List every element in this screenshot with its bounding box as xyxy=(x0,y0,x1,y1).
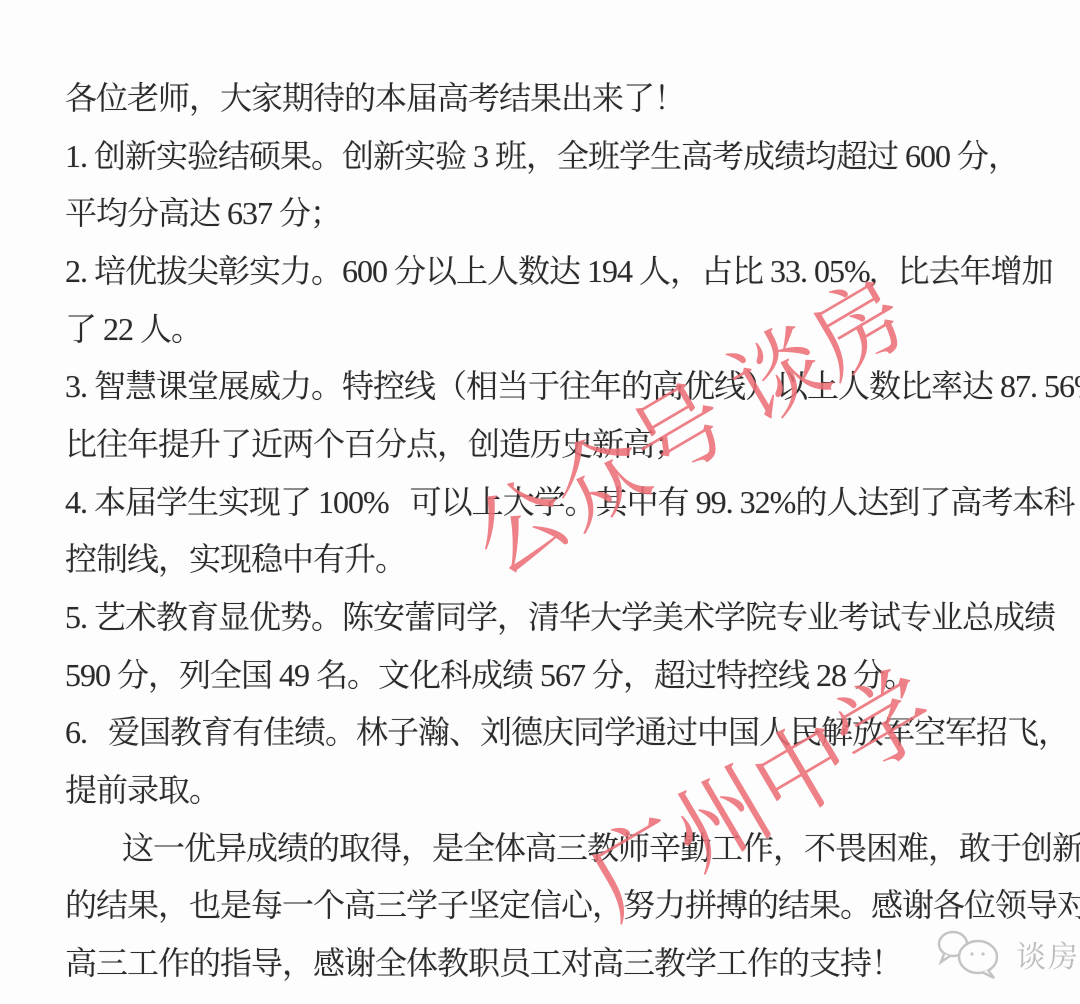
footer-logo: 谈房 xyxy=(936,926,1080,982)
text-line: 提前录取。 xyxy=(65,768,220,812)
text-line: 各位老师，大家期待的本届高考结果出来了！ xyxy=(65,76,685,120)
document-text: 各位老师，大家期待的本届高考结果出来了！ 1. 创新实验结硕果。创新实验 3 班… xyxy=(0,0,1080,1004)
text-line: 590 分，列全国 49 名。文化科成绩 567 分，超过特控线 28 分。 xyxy=(65,653,915,697)
text-line: 平均分高达 637 分； xyxy=(65,191,341,235)
text-line: 6. 爱国教育有佳绩。林子瀚、刘德庆同学通过中国人民解放军空军招飞， xyxy=(65,710,1069,754)
text-line: 控制线，实现稳中有升。 xyxy=(65,537,406,581)
text-line: 的结果，也是每一个高三学子坚定信心，努力拼搏的结果。感谢各位领导对 xyxy=(65,883,1080,927)
text-line: 5. 艺术教育显优势。陈安蕾同学，清华大学美术学院专业考试专业总成绩 xyxy=(65,595,1055,639)
text-line: 了 22 人。 xyxy=(65,307,202,351)
text-line: 4. 本届学生实现了 100% 可以上大学。其中有 99. 32%的人达到了高考… xyxy=(65,480,1074,524)
text-line: 3. 智慧课堂展威力。特控线（相当于往年的高优线）以上人数比率达 87. 56%… xyxy=(65,364,1080,408)
text-line: 高三工作的指导，感谢全体教职员工对高三教学工作的支持！ xyxy=(65,941,902,985)
document-page: 各位老师，大家期待的本届高考结果出来了！ 1. 创新实验结硕果。创新实验 3 班… xyxy=(0,0,1080,1004)
text-line: 1. 创新实验结硕果。创新实验 3 班，全班学生高考成绩均超过 600 分， xyxy=(65,134,1019,178)
footer-logo-label: 谈房 xyxy=(1016,932,1080,976)
chat-bubbles-icon xyxy=(936,926,1008,982)
text-line: 比往年提升了近两个百分点，创造历史新高； xyxy=(65,422,685,466)
text-line: 2. 培优拔尖彰实力。600 分以上人数达 194 人，占比 33. 05%, … xyxy=(65,249,1053,293)
text-line: 这一优异成绩的取得，是全体高三教师辛勤工作，不畏困难，敢于创新 xyxy=(122,826,1080,870)
